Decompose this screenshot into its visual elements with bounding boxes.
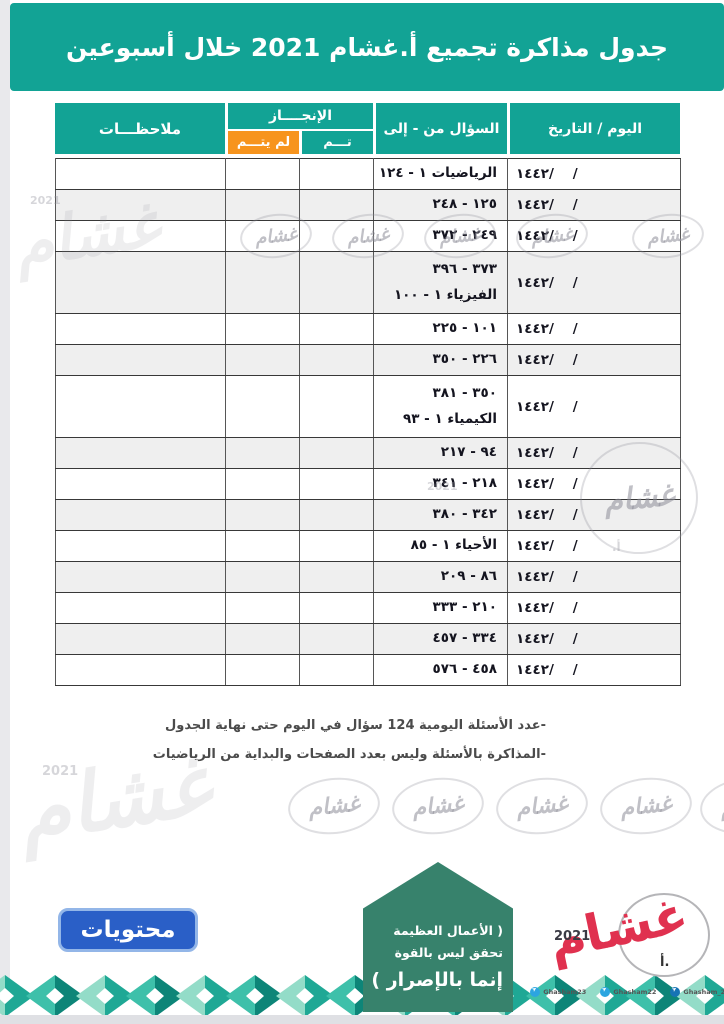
- table-row: / /١٤٤٢ ١٠١ - ٢٢٥: [56, 314, 681, 345]
- cell-done: [300, 531, 374, 562]
- cell-not-done: [226, 624, 300, 655]
- cell-day-date: / /١٤٤٢: [508, 562, 681, 593]
- question-range-text: ١٠١ - ٢٢٥: [378, 316, 497, 342]
- table-header: اليوم / التاريخ السؤال من - إلى الإنجـــ…: [55, 103, 680, 154]
- cell-notes: [56, 314, 226, 345]
- table-row: / /١٤٤٢ الرياضيات ١ - ١٢٤: [56, 159, 681, 190]
- question-range-text: ٢٢٦ - ٣٥٠: [378, 347, 497, 373]
- cell-not-done: [226, 221, 300, 252]
- question-range-text-2: الفيزياء ١ - ١٠٠: [378, 283, 497, 309]
- cell-question-range: ٤٥٨ - ٥٧٦: [374, 655, 508, 686]
- cell-day-date: / /١٤٤٢: [508, 190, 681, 221]
- question-range-text: ٣٤٢ - ٣٨٠: [378, 502, 497, 528]
- header-notes: ملاحظـــات: [55, 103, 225, 154]
- cell-question-range: ٣٣٤ - ٤٥٧: [374, 624, 508, 655]
- cell-notes: [56, 376, 226, 438]
- table-row: / /١٤٤٢ ٩٤ - ٢١٧: [56, 438, 681, 469]
- cell-done: [300, 221, 374, 252]
- schedule-table-body: / /١٤٤٢ الرياضيات ١ - ١٢٤ / /١٤٤٢ ١٢٥ - …: [56, 159, 681, 686]
- cell-done: [300, 562, 374, 593]
- telegram-icon: [530, 987, 540, 997]
- question-range-text: الأحياء ١ - ٨٥: [378, 533, 497, 559]
- cell-question-range: ٩٤ - ٢١٧: [374, 438, 508, 469]
- table-row: / /١٤٤٢ ٨٦ - ٢٠٩: [56, 562, 681, 593]
- cell-question-range: ٣٤٢ - ٣٨٠: [374, 500, 508, 531]
- header-not-done: لم يتـــم: [228, 131, 299, 154]
- cell-notes: [56, 531, 226, 562]
- question-range-text: ٩٤ - ٢١٧: [378, 440, 497, 466]
- cell-done: [300, 190, 374, 221]
- question-range-text: ٣٧٣ - ٣٩٦: [378, 257, 497, 283]
- footnotes: -عدد الأسئلة اليومية 124 سؤال في اليوم ح…: [153, 711, 546, 769]
- cell-done: [300, 500, 374, 531]
- cell-not-done: [226, 593, 300, 624]
- cell-done: [300, 345, 374, 376]
- cell-day-date: / /١٤٤٢: [508, 314, 681, 345]
- cell-not-done: [226, 531, 300, 562]
- question-range-text: ١٢٥ - ٢٤٨: [378, 192, 497, 218]
- cell-question-range: ٢٤٩ - ٣٧٢: [374, 221, 508, 252]
- cell-day-date: / /١٤٤٢: [508, 469, 681, 500]
- cell-not-done: [226, 562, 300, 593]
- cell-done: [300, 624, 374, 655]
- footnote-line-2: -المذاكرة بالأسئلة وليس بعدد الصفحات وال…: [153, 740, 546, 769]
- header-achievement: الإنجــــاز: [228, 103, 373, 129]
- cell-day-date: / /١٤٤٢: [508, 252, 681, 314]
- cell-not-done: [226, 345, 300, 376]
- page-left-margin: [0, 0, 10, 1024]
- cell-question-range: الرياضيات ١ - ١٢٤: [374, 159, 508, 190]
- quote-line-3: إنما بالإصرار ): [369, 969, 503, 991]
- cell-notes: [56, 655, 226, 686]
- cell-notes: [56, 345, 226, 376]
- social-handles: Ghasham23 Ghasham22 Ghasham_22: [540, 987, 720, 997]
- quote-house: ( الأعمال العظيمة تحقق ليس بالقوة إنما ب…: [363, 862, 513, 1012]
- table-row: / /١٤٤٢ ١٢٥ - ٢٤٨: [56, 190, 681, 221]
- table-row: / /١٤٤٢ ٣٤٢ - ٣٨٠: [56, 500, 681, 531]
- cell-done: [300, 376, 374, 438]
- cell-notes: [56, 500, 226, 531]
- cell-not-done: [226, 252, 300, 314]
- header-day-date: اليوم / التاريخ: [510, 103, 680, 154]
- schedule-table: / /١٤٤٢ الرياضيات ١ - ١٢٤ / /١٤٤٢ ١٢٥ - …: [55, 158, 681, 686]
- cell-done: [300, 655, 374, 686]
- cell-done: [300, 469, 374, 500]
- social-item: Ghasham23: [530, 987, 586, 997]
- cell-day-date: / /١٤٤٢: [508, 593, 681, 624]
- question-range-text: الرياضيات ١ - ١٢٤: [378, 161, 497, 187]
- question-range-text-2: الكيمياء ١ - ٩٣: [378, 407, 497, 433]
- cell-day-date: / /١٤٤٢: [508, 376, 681, 438]
- cell-question-range: ٢١٠ - ٣٣٣: [374, 593, 508, 624]
- watermark-stamp: غشام: [697, 773, 724, 838]
- page-bottom-edge: [0, 1015, 724, 1024]
- cell-question-range: ٢١٨ - ٣٤١: [374, 469, 508, 500]
- cell-done: [300, 593, 374, 624]
- cell-question-range: ٨٦ - ٢٠٩: [374, 562, 508, 593]
- cell-notes: [56, 438, 226, 469]
- cell-notes: [56, 252, 226, 314]
- cell-notes: [56, 159, 226, 190]
- social-handle: Ghasham22: [613, 988, 656, 996]
- cell-question-range: ٣٧٣ - ٣٩٦ الفيزياء ١ - ١٠٠: [374, 252, 508, 314]
- cell-not-done: [226, 500, 300, 531]
- cell-done: [300, 252, 374, 314]
- table-row: / /١٤٤٢ ٣٥٠ - ٣٨١ الكيمياء ١ - ٩٣: [56, 376, 681, 438]
- social-handle: Ghasham_22: [683, 988, 724, 996]
- table-row: / /١٤٤٢ ٤٥٨ - ٥٧٦: [56, 655, 681, 686]
- title-bar: جدول مذاكرة تجميع أ.غشام 2021 خلال أسبوع…: [10, 3, 724, 91]
- table-row: / /١٤٤٢ الأحياء ١ - ٨٥: [56, 531, 681, 562]
- cell-day-date: / /١٤٤٢: [508, 531, 681, 562]
- social-item: Ghasham22: [600, 987, 656, 997]
- ghasham-logo: غشام 2021 أ. Ghasham23 Ghasham22 Ghasham…: [540, 885, 720, 1007]
- table-row: / /١٤٤٢ ٣٧٣ - ٣٩٦ الفيزياء ١ - ١٠٠: [56, 252, 681, 314]
- cell-question-range: ٣٥٠ - ٣٨١ الكيمياء ١ - ٩٣: [374, 376, 508, 438]
- logo-prefix: أ.: [660, 955, 669, 970]
- logo-year: 2021: [554, 929, 590, 944]
- cell-notes: [56, 190, 226, 221]
- cell-question-range: ١٠١ - ٢٢٥: [374, 314, 508, 345]
- cell-not-done: [226, 469, 300, 500]
- question-range-text: ٨٦ - ٢٠٩: [378, 564, 497, 590]
- cell-not-done: [226, 376, 300, 438]
- cell-notes: [56, 624, 226, 655]
- social-item: Ghasham_22: [670, 987, 724, 997]
- question-range-text: ٣٣٤ - ٤٥٧: [378, 626, 497, 652]
- cell-notes: [56, 593, 226, 624]
- cell-done: [300, 314, 374, 345]
- cell-question-range: ٢٢٦ - ٣٥٠: [374, 345, 508, 376]
- cell-day-date: / /١٤٤٢: [508, 159, 681, 190]
- table-row: / /١٤٤٢ ٢١٠ - ٣٣٣: [56, 593, 681, 624]
- table-row: / /١٤٤٢ ٣٣٤ - ٤٥٧: [56, 624, 681, 655]
- cell-not-done: [226, 438, 300, 469]
- cell-day-date: / /١٤٤٢: [508, 624, 681, 655]
- document-page: جدول مذاكرة تجميع أ.غشام 2021 خلال أسبوع…: [0, 0, 724, 1024]
- contents-badge: محتويات: [58, 908, 198, 952]
- table-row: / /١٤٤٢ ٢٢٦ - ٣٥٠: [56, 345, 681, 376]
- cell-notes: [56, 221, 226, 252]
- quote-line-2: تحقق ليس بالقوة: [369, 942, 503, 964]
- cell-day-date: / /١٤٤٢: [508, 500, 681, 531]
- watermark-year: 2021: [42, 764, 78, 779]
- table-row: / /١٤٤٢ ٢٤٩ - ٣٧٢: [56, 221, 681, 252]
- question-range-text: ٢١٨ - ٣٤١: [378, 471, 497, 497]
- cell-not-done: [226, 190, 300, 221]
- telegram-icon: [670, 987, 680, 997]
- cell-notes: [56, 469, 226, 500]
- cell-day-date: / /١٤٤٢: [508, 345, 681, 376]
- watermark-stamp: غشام: [285, 773, 382, 838]
- cell-notes: [56, 562, 226, 593]
- cell-not-done: [226, 655, 300, 686]
- cell-done: [300, 159, 374, 190]
- question-range-text: ٤٥٨ - ٥٧٦: [378, 657, 497, 683]
- cell-question-range: الأحياء ١ - ٨٥: [374, 531, 508, 562]
- cell-question-range: ١٢٥ - ٢٤٨: [374, 190, 508, 221]
- cell-day-date: / /١٤٤٢: [508, 221, 681, 252]
- cell-not-done: [226, 314, 300, 345]
- header-done: تـــم: [302, 131, 373, 154]
- table-row: / /١٤٤٢ ٢١٨ - ٣٤١: [56, 469, 681, 500]
- telegram-icon: [600, 987, 610, 997]
- cell-done: [300, 438, 374, 469]
- watermark-stamp: غشام: [597, 773, 694, 838]
- cell-not-done: [226, 159, 300, 190]
- footnote-line-1: -عدد الأسئلة اليومية 124 سؤال في اليوم ح…: [153, 711, 546, 740]
- question-range-text: ٢٤٩ - ٣٧٢: [378, 223, 497, 249]
- question-range-text: ٢١٠ - ٣٣٣: [378, 595, 497, 621]
- cell-day-date: / /١٤٤٢: [508, 655, 681, 686]
- header-question-range: السؤال من - إلى: [376, 103, 507, 154]
- question-range-text: ٣٥٠ - ٣٨١: [378, 381, 497, 407]
- watermark-stamp: غشام: [389, 773, 486, 838]
- quote-line-1: ( الأعمال العظيمة: [369, 920, 503, 942]
- page-title: جدول مذاكرة تجميع أ.غشام 2021 خلال أسبوع…: [66, 33, 668, 62]
- cell-day-date: / /١٤٤٢: [508, 438, 681, 469]
- social-handle: Ghasham23: [543, 988, 586, 996]
- watermark-stamp: غشام: [493, 773, 590, 838]
